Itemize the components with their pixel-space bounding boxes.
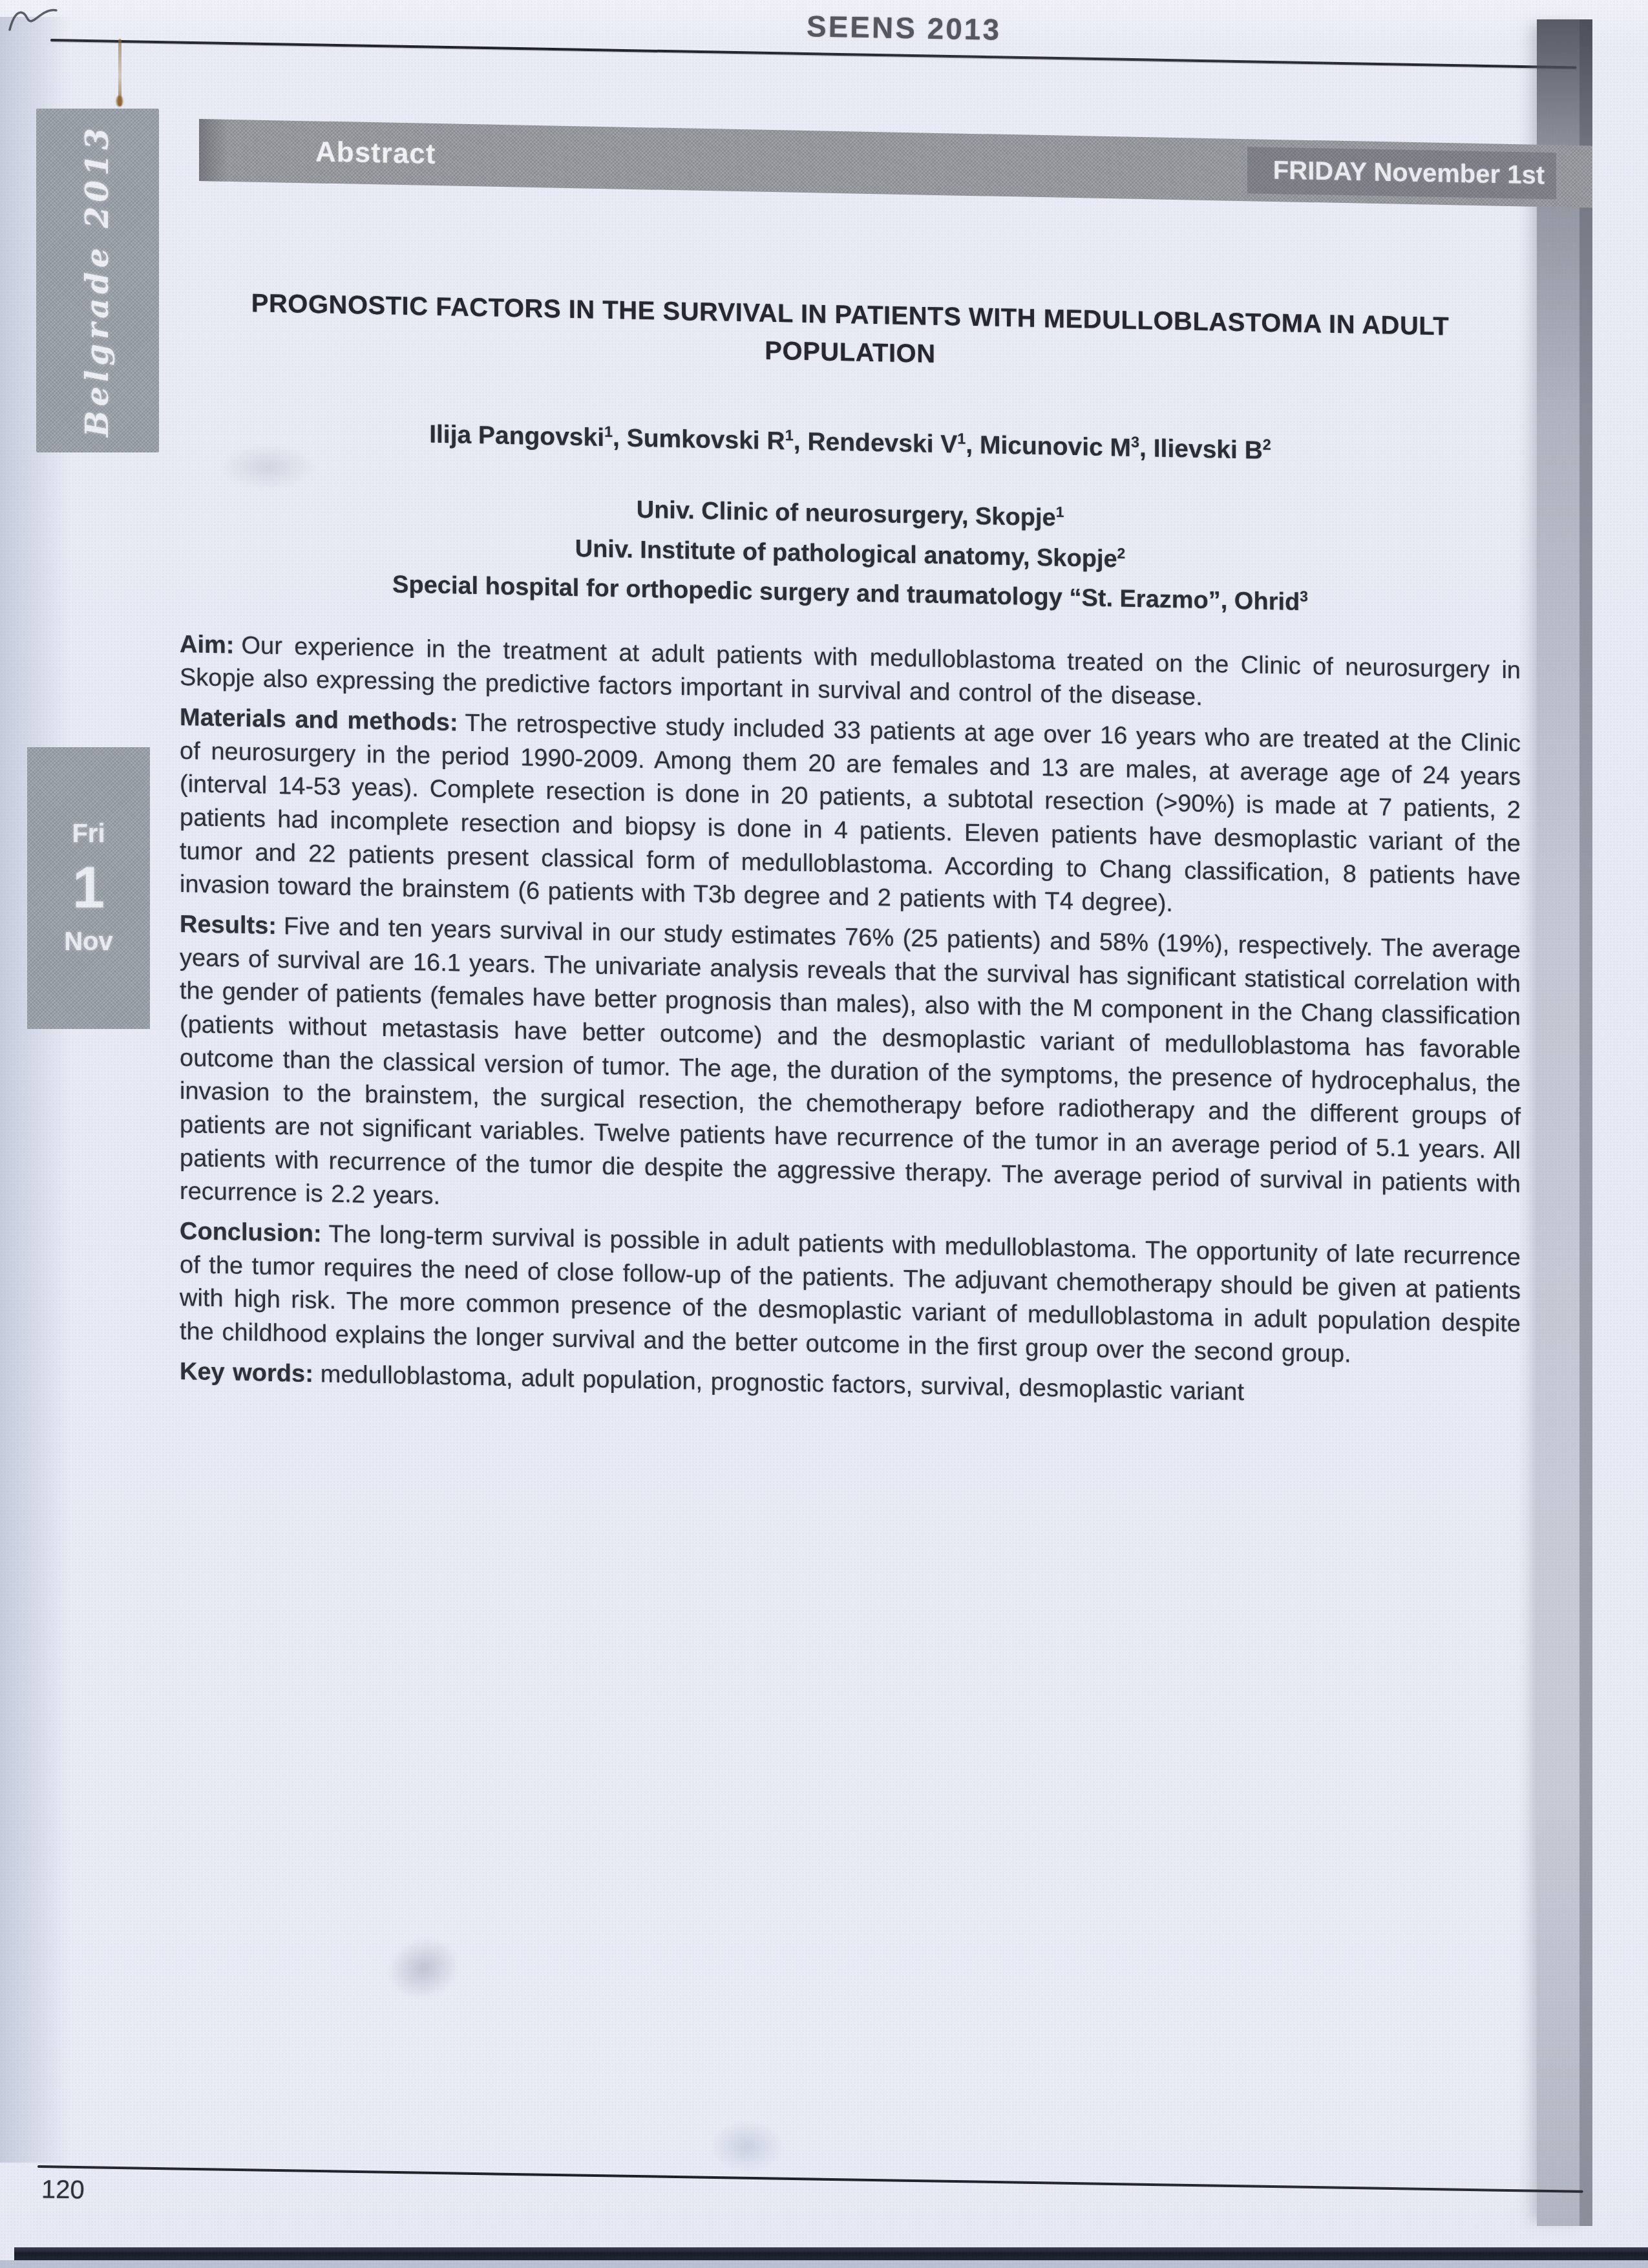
affiliation-text: Univ. Institute of pathological anatomy,… <box>575 535 1117 573</box>
author-superscript: 1 <box>785 427 794 443</box>
abstract-sections: Aim:Our experience in the treatment at a… <box>180 628 1521 1415</box>
abstract-section-materials-methods: Materials and methods:The retrospective … <box>180 701 1521 928</box>
section-text: Five and ten years survival in our study… <box>180 913 1521 1210</box>
author-superscript: 3 <box>1131 434 1139 450</box>
date-badge: Fri 1 Nov <box>27 747 150 1029</box>
section-label: Aim: <box>180 631 241 659</box>
affiliation-superscript: 3 <box>1300 588 1308 604</box>
authors-line: Ilija Pangovski1, Sumkovski R1, Rendevsk… <box>180 415 1521 471</box>
banner-date-label: FRIDAY November 1st <box>1273 156 1545 190</box>
section-label: Conclusion: <box>180 1218 329 1248</box>
affiliation-superscript: 1 <box>1056 503 1064 520</box>
affiliation-superscript: 2 <box>1117 544 1126 561</box>
author-superscript: 2 <box>1263 436 1271 453</box>
section-text: medulloblastoma, adult population, progn… <box>321 1361 1244 1406</box>
author-name: Ilija Pangovski <box>429 421 604 452</box>
author-superscript: 1 <box>604 423 613 440</box>
author-superscript: 1 <box>957 430 966 447</box>
scan-edge-bar <box>14 2247 1648 2261</box>
section-text: The retrospective study included 33 pati… <box>180 710 1521 918</box>
author-name: Micunovic M <box>980 431 1131 462</box>
abstract-banner-label: Abstract <box>315 136 436 171</box>
author-separator: , <box>1139 434 1154 462</box>
affiliation-text: Univ. Clinic of neurosurgery, Skopje <box>637 496 1056 532</box>
page-header-title: SEENS 2013 <box>807 8 1002 47</box>
section-text: Our experience in the treatment at adult… <box>180 632 1521 712</box>
section-label: Results: <box>180 911 284 940</box>
scanner-bed-strip <box>0 2260 1648 2268</box>
author-separator: , <box>966 431 980 459</box>
event-ribbon-label: Belgrade 2013 <box>36 109 159 452</box>
scanned-abstract-page: { "page": { "header": "SEENS 2013", "pag… <box>0 0 1648 2268</box>
page-curl-shadow <box>1537 19 1592 2226</box>
event-ribbon: Belgrade 2013 <box>36 109 159 452</box>
section-text: The long-term survival is possible in ad… <box>180 1221 1521 1368</box>
section-label: Key words: <box>180 1358 321 1388</box>
date-badge-day: 1 <box>72 859 105 917</box>
author-name: Ilievski B <box>1154 434 1263 464</box>
pen-scribble-mark <box>8 4 58 38</box>
date-badge-month: Nov <box>64 927 113 957</box>
author-name: Sumkovski R <box>627 425 785 456</box>
abstract-section-conclusion: Conclusion:The long-term survival is pos… <box>180 1215 1521 1375</box>
author-name: Rendevski V <box>807 428 957 459</box>
author-separator: , <box>613 424 627 452</box>
faint-stamp-mark <box>710 2120 784 2173</box>
date-badge-weekday: Fri <box>72 820 105 849</box>
staple-rust-dot <box>116 96 123 107</box>
section-label: Materials and methods: <box>180 704 465 737</box>
page-number: 120 <box>41 2175 85 2205</box>
affiliations-block: Univ. Clinic of neurosurgery, Skopje1 Un… <box>180 482 1521 627</box>
abstract-section-results: Results:Five and ten years survival in o… <box>180 908 1521 1235</box>
author-separator: , <box>794 428 808 456</box>
abstract-content: PROGNOSTIC FACTORS IN THE SURVIVAL IN PA… <box>180 283 1521 1421</box>
